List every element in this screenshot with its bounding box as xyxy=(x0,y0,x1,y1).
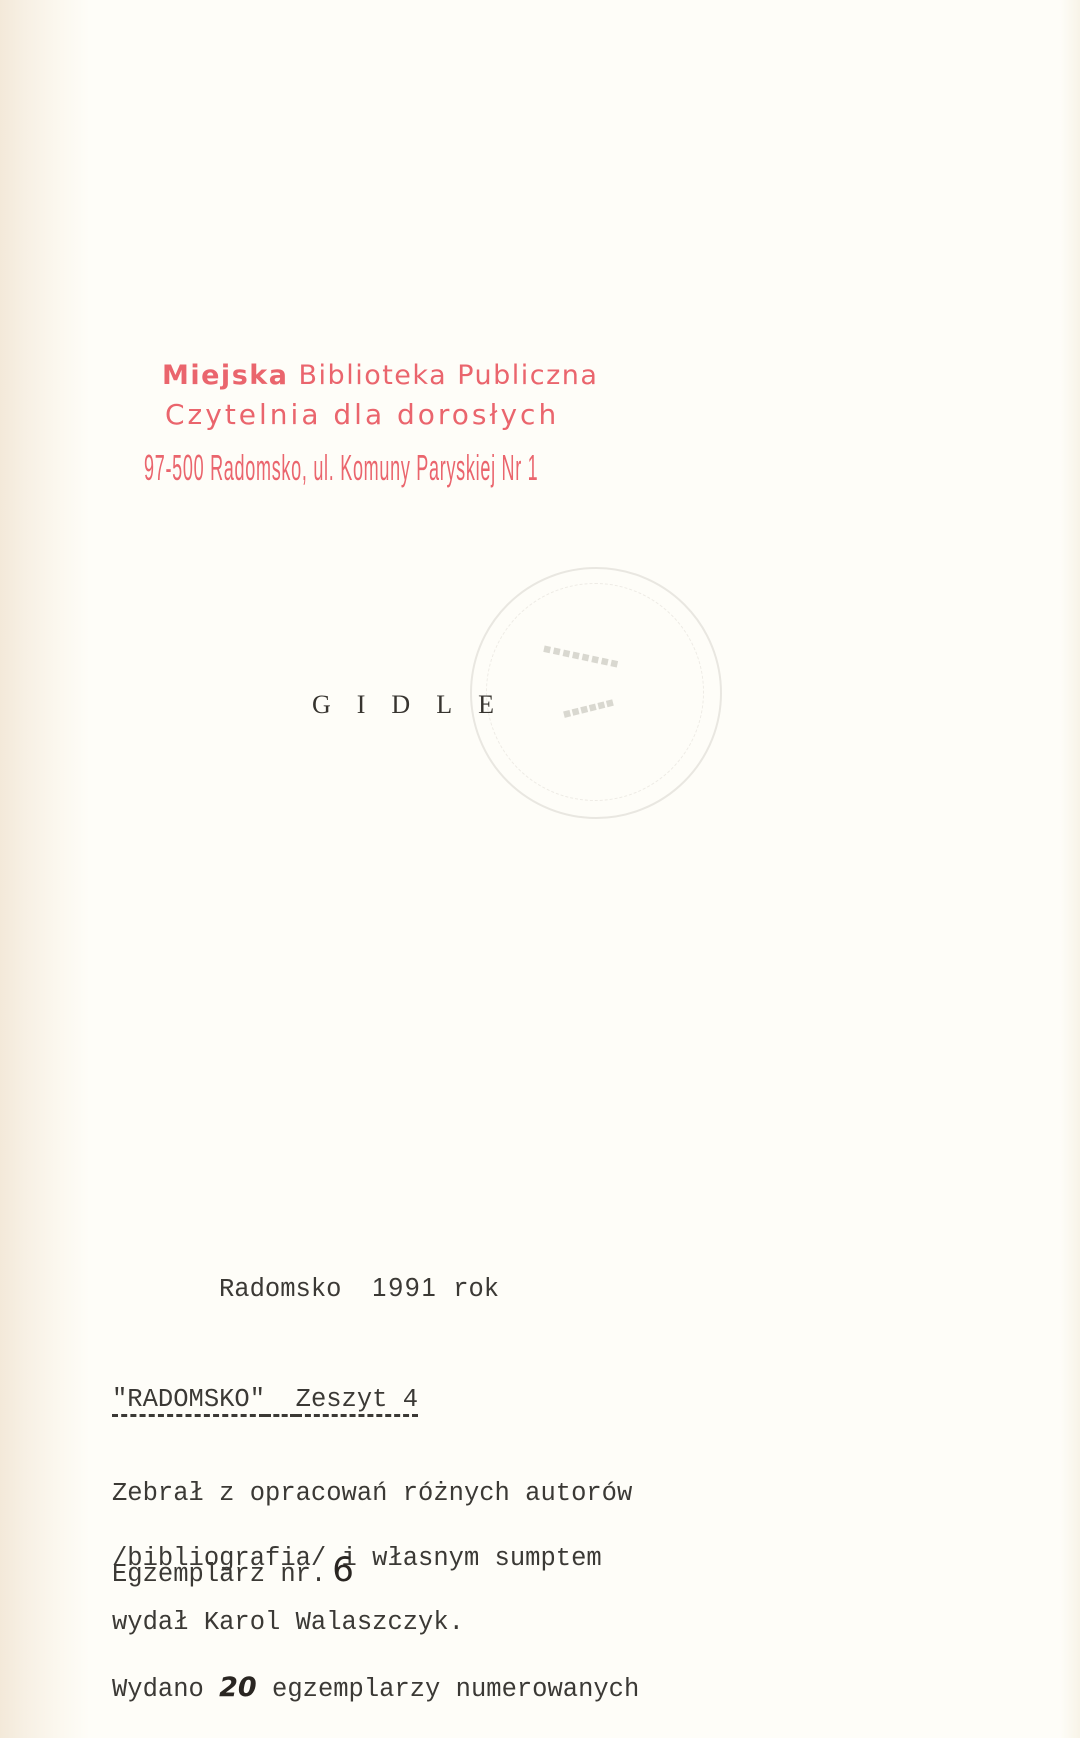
copy-label: Egzemplarz nr. xyxy=(112,1560,326,1589)
info-line: wydał Karol Walaszczyk. xyxy=(112,1612,639,1634)
edition-prefix: Wydano xyxy=(112,1675,204,1704)
year: 1991 xyxy=(372,1272,438,1302)
edition-count-handwritten: 20 xyxy=(219,1672,257,1703)
library-stamp: Miejska Biblioteka Publiczna Czytelnia d… xyxy=(140,360,610,490)
document-title: GIDLE xyxy=(312,690,520,720)
series-name: "RADOMSKO" xyxy=(112,1385,265,1417)
series-issue: Zeszyt 4 xyxy=(296,1385,418,1417)
place: Radomsko xyxy=(219,1275,341,1304)
library-stamp-line1: Miejska Biblioteka Publiczna xyxy=(162,360,598,391)
copy-number-handwritten: 6 xyxy=(332,1550,354,1590)
series-line: "RADOMSKO" Zeszyt 4 xyxy=(112,1385,418,1414)
edition-line: Wydano 20 egzemplarzy numerowanych xyxy=(112,1677,639,1701)
info-line: Zebrał z opracowań różnych autorów xyxy=(112,1483,639,1505)
place-and-year: Radomsko 1991 rok xyxy=(219,1272,499,1304)
edition-suffix: egzemplarzy numerowanych xyxy=(272,1675,639,1704)
library-stamp-line1-bold: Miejska xyxy=(162,360,288,391)
library-stamp-line1-rest: Biblioteka Publiczna xyxy=(299,360,599,391)
year-suffix: rok xyxy=(453,1275,499,1304)
copy-number-line: Egzemplarz nr.6 xyxy=(112,1550,354,1590)
library-stamp-line2: Czytelnia dla dorosłych xyxy=(165,398,559,431)
library-stamp-line3: 97-500 Radomsko, ul. Komuny Paryskiej Nr… xyxy=(144,448,538,490)
